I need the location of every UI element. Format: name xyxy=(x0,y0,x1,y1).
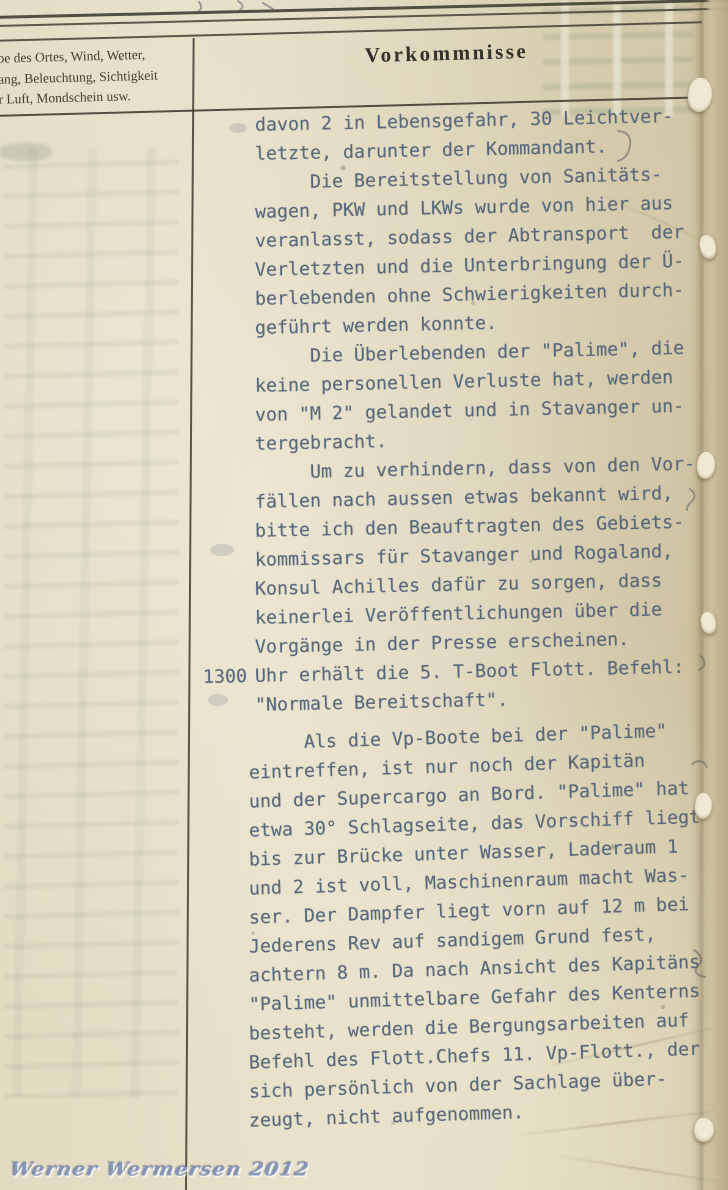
time-cell xyxy=(197,1020,250,1051)
time-cell xyxy=(197,846,250,877)
time-cell xyxy=(203,401,256,431)
line-text: "Normale Bereitschaft". xyxy=(255,686,509,720)
line-text: tergebracht. xyxy=(255,427,388,459)
time-cell xyxy=(197,730,250,761)
header-line: r Luft, Mondschein usw. xyxy=(0,85,190,110)
watermark: Werner Wermersen 2012 xyxy=(8,1158,311,1180)
time-cell xyxy=(203,285,256,315)
time-cell xyxy=(203,169,256,199)
scanned-diary-page: be des Ortes, Wind, Wetter,ang, Beleucht… xyxy=(0,0,728,1190)
events-column-title: Vorkommnisse xyxy=(365,39,529,67)
time-cell xyxy=(197,962,250,993)
time-cell xyxy=(203,488,256,518)
time-cell xyxy=(203,633,256,663)
time-cell xyxy=(203,343,256,373)
diary-text-lower: Als die Vp-Boote bei der "Palime" eintre… xyxy=(203,731,728,1137)
column-divider-rule xyxy=(185,38,195,1190)
time-cell xyxy=(197,817,250,848)
time-cell xyxy=(203,517,256,547)
column-header-events: Vorkommnisse xyxy=(190,23,704,109)
time-cell xyxy=(197,1049,250,1080)
time-cell xyxy=(203,604,256,634)
time-cell xyxy=(197,875,250,906)
time-cell xyxy=(197,759,250,790)
time-cell xyxy=(197,904,250,935)
time-cell: 1300 xyxy=(203,662,256,692)
time-cell xyxy=(203,314,256,344)
time-cell xyxy=(203,256,256,286)
bleedthrough-left-column xyxy=(4,148,178,1098)
column-header-conditions: be des Ortes, Wind, Wetter,ang, Beleucht… xyxy=(0,37,192,115)
time-cell xyxy=(197,788,250,819)
paper-specks xyxy=(0,0,2,2)
time-cell xyxy=(203,459,256,489)
time-cell xyxy=(203,691,256,721)
time-cell xyxy=(203,546,256,576)
time-cell xyxy=(203,140,256,170)
time-cell xyxy=(203,575,256,605)
time-cell xyxy=(197,1107,250,1138)
time-cell xyxy=(203,111,256,141)
page-fold-edge xyxy=(690,0,728,1190)
time-cell xyxy=(197,1078,250,1109)
time-cell xyxy=(197,991,250,1022)
diary-text-upper: davon 2 in Lebensgefahr, 30 Leichtver- l… xyxy=(203,112,728,721)
time-cell xyxy=(203,372,256,402)
time-cell xyxy=(203,430,256,460)
time-cell xyxy=(197,933,250,964)
bleedthrough-blob xyxy=(0,143,52,161)
time-cell xyxy=(203,198,256,228)
time-cell xyxy=(203,227,256,257)
